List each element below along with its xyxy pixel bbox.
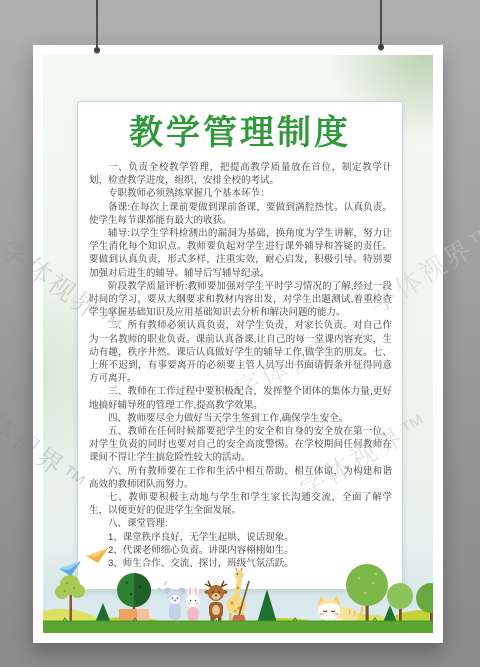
paragraph: 八、课堂管理: (89, 517, 392, 530)
paragraph: 六、所有教师要在工作和生活中相互帮助，相互体谅，为构建和谐高效的教师团队而努力。 (89, 465, 392, 491)
body-text: 一、负责全校教学管理，把提高教学质量放在首位，制定教学计划，检查教学进度，组织、… (78, 159, 402, 570)
paragraph: 辅导:以学生学科检测出的漏洞为基础，换角度为学生讲解，努力让学生消化每个知识点。… (89, 227, 392, 280)
paragraph: 1、课堂秩序良好，无学生起哄、说话现象。 (89, 531, 392, 544)
poster: 教学管理制度 一、负责全校教学管理，把提高教学质量放在首位，制定教学计划，检查教… (33, 45, 443, 643)
paper-plane-icon (59, 561, 81, 576)
paragraph: 四、教师要尽全力做好当天学生签到工作,确保学生安全。 (89, 412, 392, 425)
rabbit-icon (186, 584, 200, 621)
pin-icon (94, 47, 100, 53)
paragraph: 2、代课老师细心负责。讲课内容栩栩如生。 (89, 544, 392, 557)
giraffe-icon (226, 568, 246, 623)
paragraph: 五、教师在任何时候都要把学生的安全和自身的安全放在第一位，对学生负责的同时也要对… (89, 425, 392, 465)
paragraph: 专职教师必须熟练掌握几个基本环节： (89, 187, 392, 200)
pin-icon (378, 44, 384, 50)
potted-tree-icon (117, 573, 151, 625)
page-title: 教学管理制度 (78, 115, 402, 153)
paragraph: 阶段教学质量评析:教师要加强对学生平时学习情况的了解,经过一段时间的学习，要从大… (89, 280, 392, 320)
paper-plane-icon (86, 548, 108, 563)
pine-tree-icon (257, 589, 277, 623)
paragraph: 一、负责全校教学管理，把提高教学质量放在首位，制定教学计划，检查教学进度，组织、… (89, 161, 392, 187)
paragraph: 三、教师在工作过程中要积极配合，发挥整个团体的集体力量,更好地搞好辅导班的管理工… (89, 385, 392, 411)
paragraph: 二、所有教师必须认真负责，对学生负责，对家长负责。对自己作为一名教师的职业负责。… (89, 319, 392, 385)
koala-icon (158, 581, 186, 620)
paragraph: 备课:在每次上课前要做到课前备课，要做到满腔热忱。认真负责。使学生每节课都能有最… (89, 201, 392, 227)
bottom-illustration (43, 563, 433, 633)
content-panel: 教学管理制度 一、负责全校教学管理，把提高教学质量放在首位，制定教学计划，检查教… (77, 101, 403, 590)
scene-background: 教学管理制度 一、负责全校教学管理，把提高教学质量放在首位，制定教学计划，检查教… (0, 0, 480, 667)
hanging-string-right (380, 0, 382, 47)
hanging-string-left (96, 0, 98, 50)
paragraph: 七、教师要积极主动地与学生和学生家长沟通交流，全面了解学生，以便更好的促进学生全… (89, 491, 392, 517)
deer-icon (205, 581, 228, 623)
